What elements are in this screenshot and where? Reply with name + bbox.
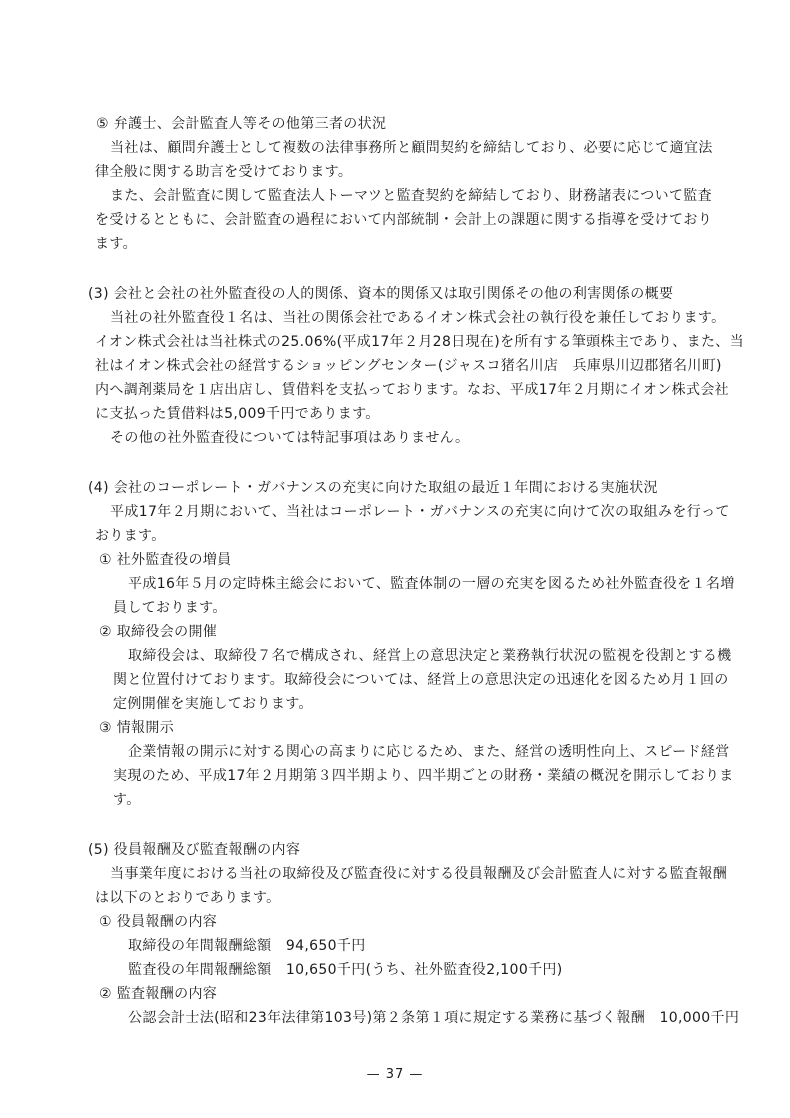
- section5-sub1-heading: ① 役員報酬の内容: [0, 910, 790, 934]
- item5-heading: ⑤ 弁護士、会計監査人等その他第三者の状況: [0, 112, 790, 136]
- doc-line: 関と位置付けております。取締役会については、経営上の意思決定の迅速化を図るため月…: [0, 668, 790, 692]
- doc-line: ます。: [0, 232, 790, 256]
- doc-line: 員しております。: [0, 596, 790, 620]
- doc-line: を受けるとともに、会計監査の過程において内部統制・会計上の課題に関する指導を受け…: [0, 208, 790, 232]
- document-page: ⑤ 弁護士、会計監査人等その他第三者の状況 当社は、顧問弁護士として複数の法律事…: [0, 0, 790, 1118]
- doc-line: その他の社外監査役については特記事項はありません。: [0, 426, 790, 450]
- doc-line: イオン株式会社は当社株式の25.06%(平成17年２月28日現在)を所有する筆頭…: [0, 330, 790, 354]
- doc-line: 企業情報の開示に対する関心の高まりに応じるため、また、経営の透明性向上、スピード…: [0, 740, 790, 764]
- auditor-remuneration-line: 監査役の年間報酬総額 10,650千円(うち、社外監査役2,100千円): [0, 958, 790, 982]
- section4-sub1-heading: ① 社外監査役の増員: [0, 548, 790, 572]
- doc-line: また、会計監査に関して監査法人トーマツと監査契約を締結しており、財務諸表について…: [0, 184, 790, 208]
- doc-line: に支払った賃借料は5,009千円であります。: [0, 402, 790, 426]
- doc-line: 当社は、顧問弁護士として複数の法律事務所と顧問契約を締結しており、必要に応じて適…: [0, 136, 790, 160]
- doc-line: 実現のため、平成17年２月期第３四半期より、四半期ごとの財務・業績の概況を開示し…: [0, 764, 790, 788]
- doc-line: 社はイオン株式会社の経営するショッピングセンター(ジャスコ猪名川店 兵庫県川辺郡…: [0, 354, 790, 378]
- doc-line: す。: [0, 788, 790, 812]
- doc-line: 定例開催を実施しております。: [0, 692, 790, 716]
- doc-line: 当社の社外監査役１名は、当社の関係会社であるイオン株式会社の執行役を兼任しており…: [0, 306, 790, 330]
- document-content: ⑤ 弁護士、会計監査人等その他第三者の状況 当社は、顧問弁護士として複数の法律事…: [0, 112, 790, 1030]
- doc-line: 当事業年度における当社の取締役及び監査役に対する役員報酬及び会計監査人に対する監…: [0, 862, 790, 886]
- blank-line: [0, 256, 790, 282]
- section3-heading: (3) 会社と会社の社外監査役の人的関係、資本的関係又は取引関係その他の利害関係…: [0, 282, 790, 306]
- section4-sub3-heading: ③ 情報開示: [0, 716, 790, 740]
- section5-heading: (5) 役員報酬及び監査報酬の内容: [0, 838, 790, 862]
- doc-line: 取締役会は、取締役７名で構成され、経営上の意思決定と業務執行状況の監視を役割とす…: [0, 644, 790, 668]
- director-remuneration-line: 取締役の年間報酬総額 94,650千円: [0, 934, 790, 958]
- section4-sub2-heading: ② 取締役会の開催: [0, 620, 790, 644]
- section5-sub2-heading: ② 監査報酬の内容: [0, 982, 790, 1006]
- doc-line: 内へ調剤薬局を１店出店し、賃借料を支払っております。なお、平成17年２月期にイオ…: [0, 378, 790, 402]
- doc-line: は以下のとおりであります。: [0, 886, 790, 910]
- section4-heading: (4) 会社のコーポレート・ガバナンスの充実に向けた取組の最近１年間における実施…: [0, 476, 790, 500]
- doc-line: 平成16年５月の定時株主総会において、監査体制の一層の充実を図るため社外監査役を…: [0, 572, 790, 596]
- audit-fee-line: 公認会計士法(昭和23年法律第103号)第２条第１項に規定する業務に基づく報酬 …: [0, 1006, 790, 1030]
- doc-line: 律全般に関する助言を受けております。: [0, 160, 790, 184]
- blank-line: [0, 812, 790, 838]
- doc-line: おります。: [0, 524, 790, 548]
- doc-line: 平成17年２月期において、当社はコーポレート・ガバナンスの充実に向けて次の取組み…: [0, 500, 790, 524]
- blank-line: [0, 450, 790, 476]
- page-number: — 37 —: [0, 1066, 790, 1084]
